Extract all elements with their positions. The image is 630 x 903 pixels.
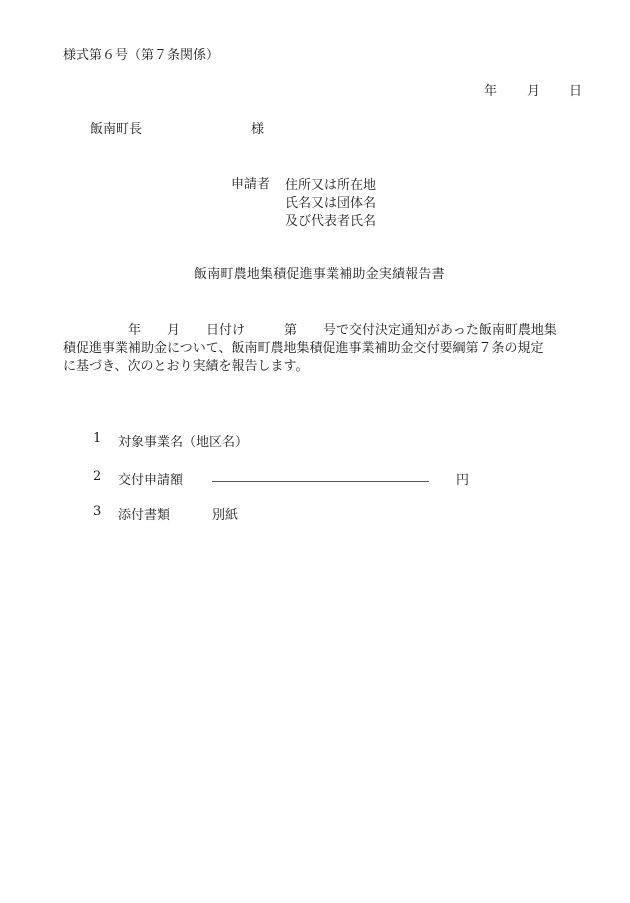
item-label: 対象事業名（地区名）: [118, 431, 248, 450]
item-row-grant-amount: 2 交付申請額 円: [0, 469, 630, 487]
applicant-fields: 住所又は所在地 氏名又は団体名 及び代表者氏名: [285, 177, 376, 231]
month-label: 月: [527, 84, 540, 100]
day-label: 日: [569, 84, 582, 100]
date-line: 年月日: [484, 84, 582, 100]
recipient-honorific: 様: [251, 122, 264, 138]
grant-amount-field[interactable]: [212, 469, 429, 482]
item-row-project-name: 1 対象事業名（地区名）: [0, 431, 630, 449]
body-line: 年 月 日付け 第 号で交付決定通知があった飯南町農地集: [63, 322, 583, 340]
applicant-address-field: 住所又は所在地: [285, 177, 376, 195]
item-number: 3: [93, 504, 101, 519]
document-title: 飯南町農地集積促進事業補助金実績報告書: [194, 267, 445, 283]
applicant-representative-field: 及び代表者氏名: [285, 213, 376, 231]
item-number: 2: [93, 469, 101, 484]
applicant-label: 申請者: [231, 177, 270, 193]
form-number: 様式第６号（第７条関係）: [63, 48, 219, 64]
body-line: に基づき、次のとおり実績を報告します。: [63, 358, 583, 376]
applicant-name-field: 氏名又は団体名: [285, 195, 376, 213]
attachment-value: 別紙: [212, 504, 238, 523]
item-label: 交付申請額: [118, 469, 183, 488]
body-line: 積促進事業補助金について、飯南町農地集積促進事業補助金交付要綱第７条の規定: [63, 340, 583, 358]
item-number: 1: [93, 431, 101, 446]
item-row-attachments: 3 添付書類 別紙: [0, 504, 630, 522]
item-label: 添付書類: [118, 504, 170, 523]
recipient-name: 飯南町長: [90, 122, 142, 138]
year-label: 年: [484, 84, 497, 100]
yen-unit: 円: [456, 469, 469, 488]
body-text: 年 月 日付け 第 号で交付決定通知があった飯南町農地集 積促進事業補助金につい…: [63, 322, 583, 376]
